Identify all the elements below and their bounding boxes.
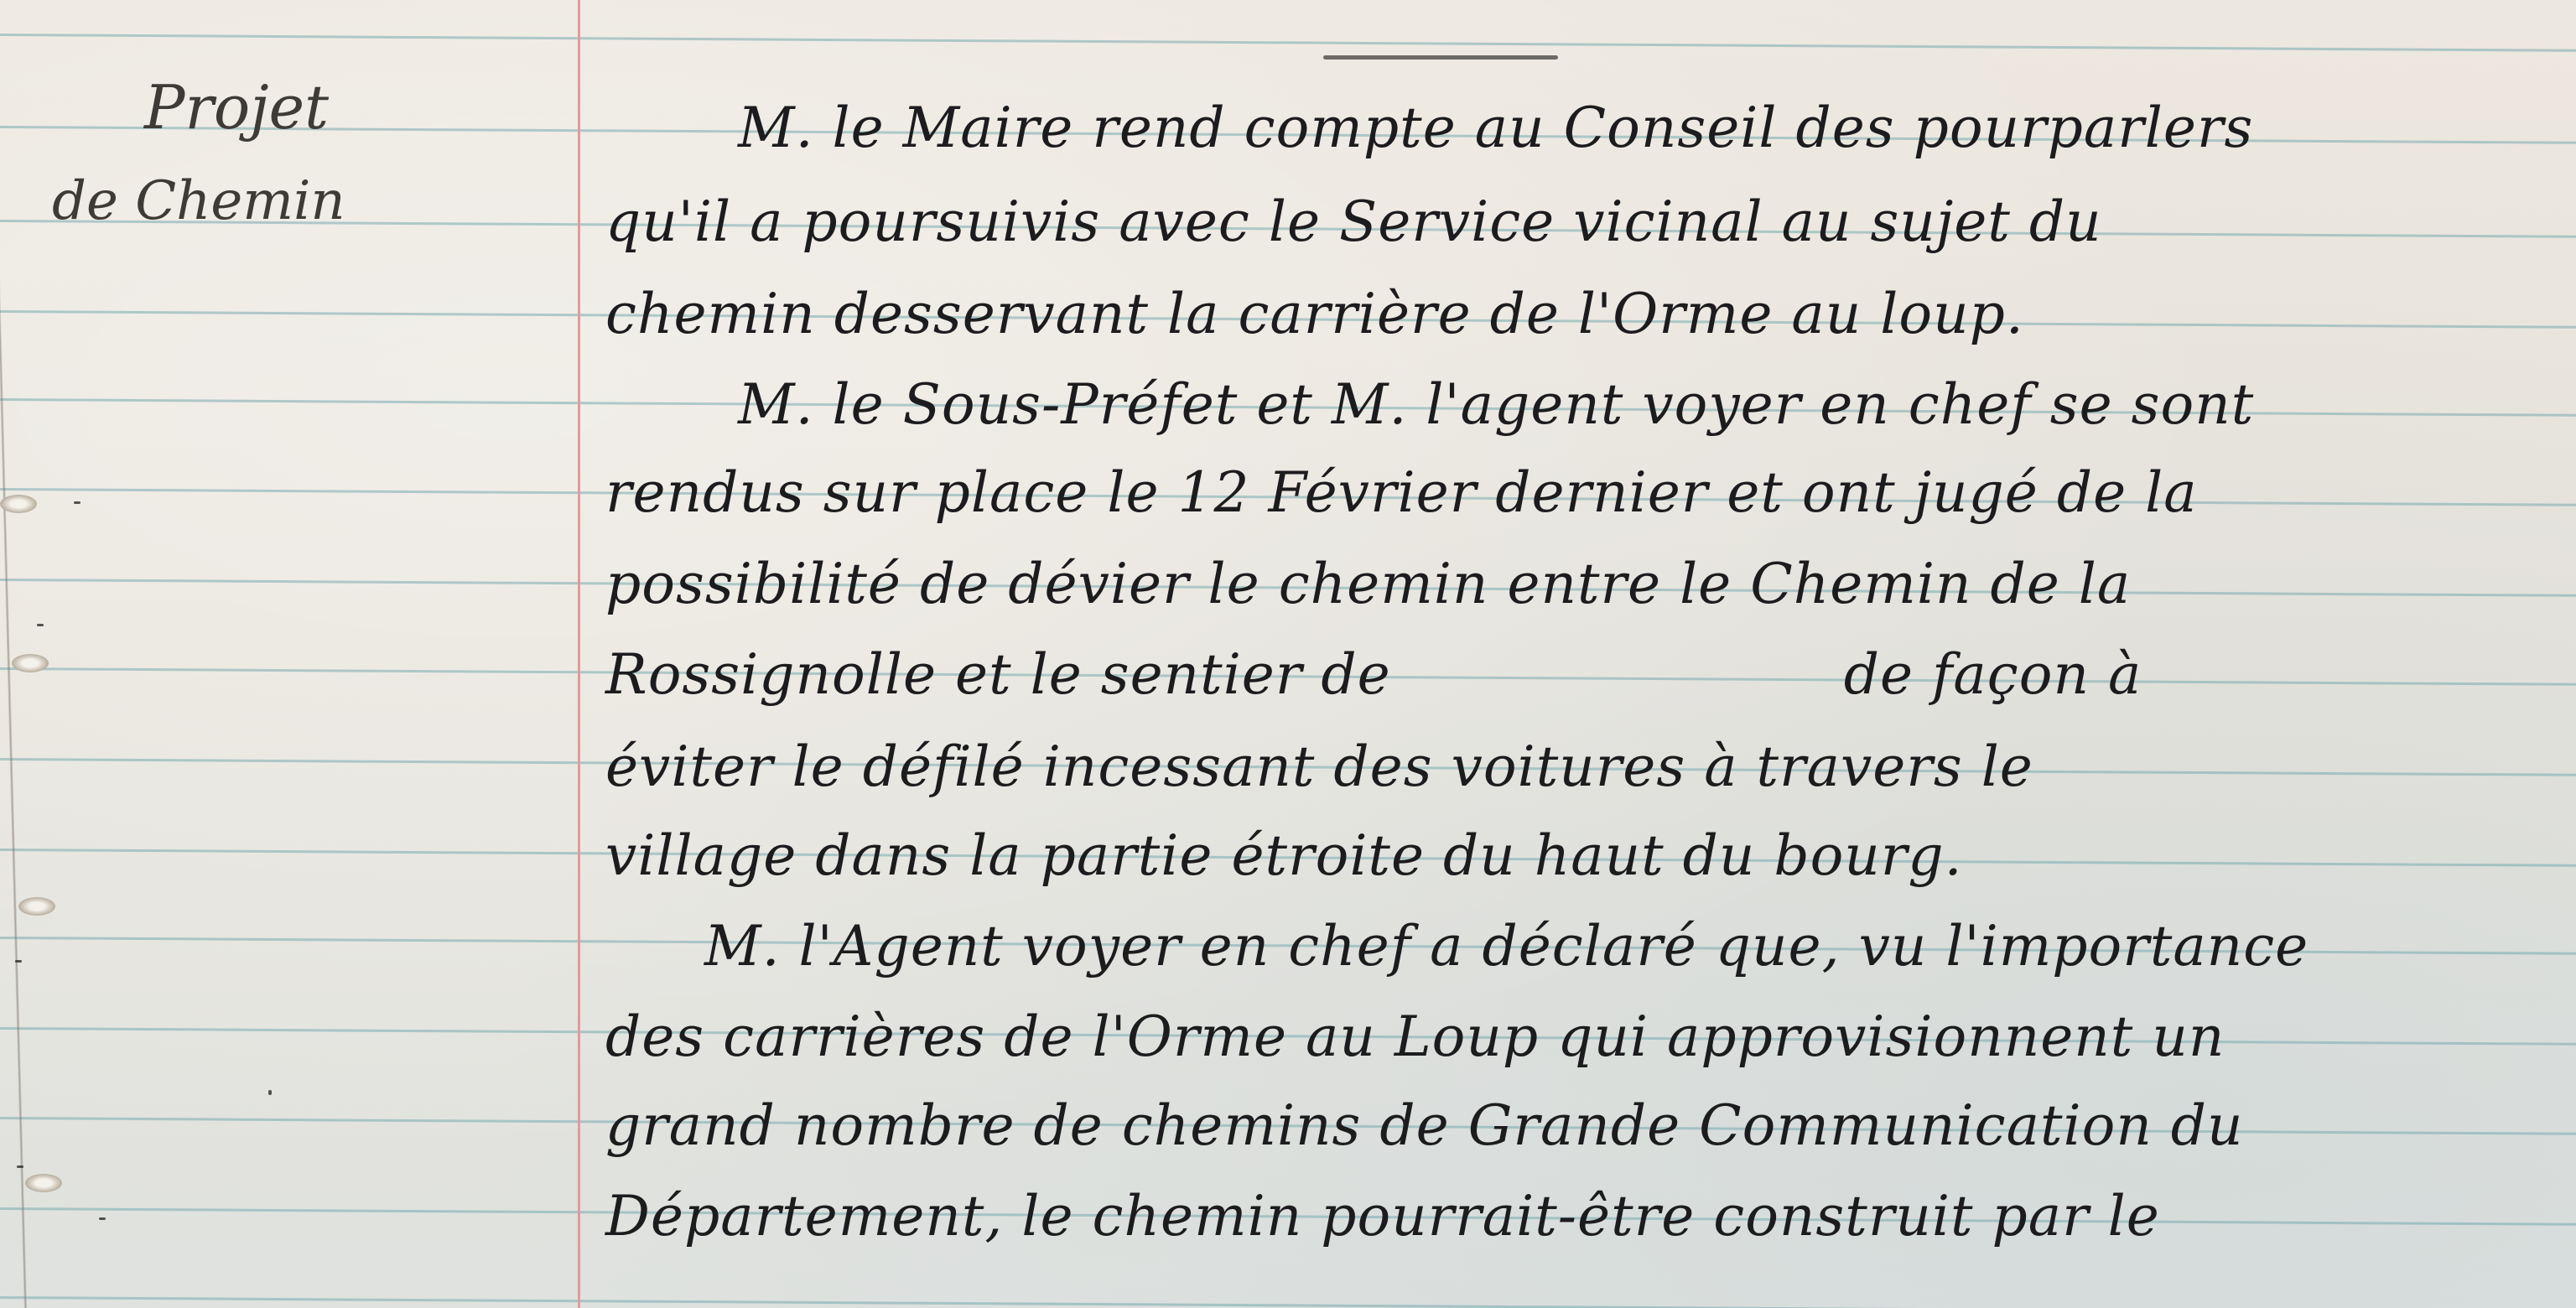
body-line-with-gap: Rossignolle et le sentier dede façon à [605, 647, 2142, 703]
body-line: possibilité de dévier le chemin entre le… [605, 557, 2131, 612]
separator-dash [1323, 55, 1558, 60]
register-page: Projet de Chemin M. le Maire rend compte… [0, 0, 2576, 1308]
body-line: village dans la partie étroite du haut d… [605, 828, 1963, 884]
ink-speck [74, 501, 80, 504]
body-line: grand nombre de chemins de Grande Commun… [605, 1098, 2244, 1154]
binding-hole [0, 495, 37, 513]
binding-hole [25, 1174, 62, 1192]
red-margin-line [578, 0, 580, 1308]
body-line: rendus sur place le 12 Février dernier e… [605, 465, 2198, 521]
margin-heading-line-2: de Chemin [52, 174, 345, 228]
margin-heading-line-1: Projet [144, 77, 329, 138]
ruled-line [0, 34, 2576, 52]
ruled-line [0, 1296, 2576, 1308]
body-line: M. le Sous-Préfet et M. l'agent voyer en… [738, 377, 2254, 433]
body-line: des carrières de l'Orme au Loup qui appr… [605, 1010, 2225, 1065]
ink-speck [37, 624, 44, 626]
body-line: chemin desservant la carrière de l'Orme … [605, 287, 2024, 342]
ink-speck [15, 960, 22, 963]
body-line-after-gap: de façon à [1844, 642, 2142, 707]
body-line: M. le Maire rend compte au Conseil des p… [738, 101, 2253, 156]
body-line: M. l'Agent voyer en chef a déclaré que, … [704, 919, 2309, 974]
body-line-before-gap: Rossignolle et le sentier de [605, 642, 1391, 707]
ink-speck [17, 1165, 23, 1168]
binding-hole [12, 654, 49, 672]
body-line: qu'il a poursuivis avec le Service vicin… [605, 195, 2102, 250]
ink-speck [99, 1217, 106, 1220]
ink-speck [268, 1090, 272, 1095]
body-line: éviter le défilé incessant des voitures … [605, 740, 2033, 795]
binding-hole [18, 897, 55, 916]
body-line: Département, le chemin pourrait-être con… [605, 1189, 2160, 1244]
